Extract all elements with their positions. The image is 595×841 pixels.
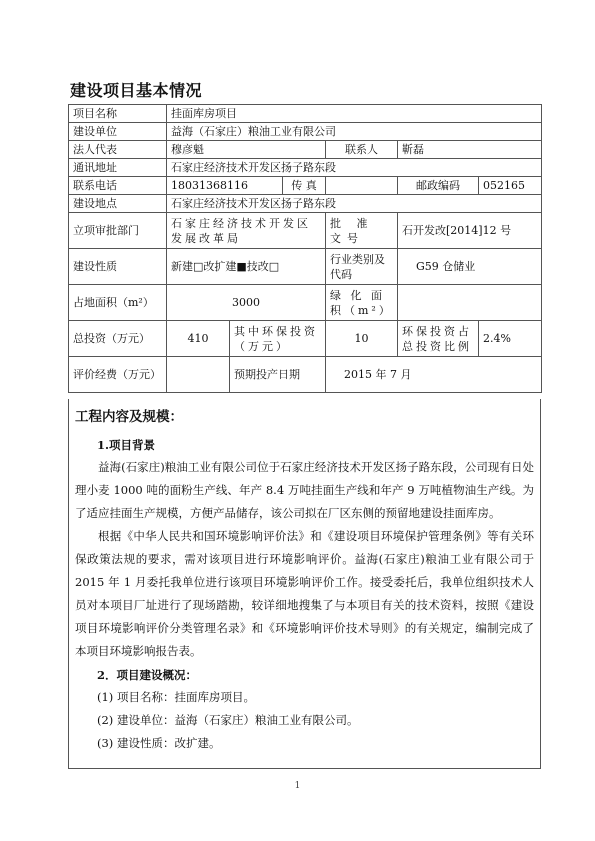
cell-label: 行业类别及代码 xyxy=(326,249,398,285)
cell-value: G59 仓储业 xyxy=(398,249,542,285)
cell-label: 建设单位 xyxy=(69,123,167,141)
table-row: 建设地点 石家庄经济技术开发区扬子路东段 xyxy=(69,195,542,213)
list-item: (3) 建设性质：改扩建。 xyxy=(69,732,540,755)
cell-label: 项目名称 xyxy=(69,105,167,123)
cell-label: 绿 化 面积（m²） xyxy=(326,285,398,321)
section-heading: 工程内容及规模： xyxy=(75,405,540,425)
table-row: 通讯地址 石家庄经济技术开发区扬子路东段 xyxy=(69,159,542,177)
cell-value: 10 xyxy=(326,321,398,357)
table-row: 立项审批部门 石家庄经济技术开发区发展改革局 批 准 文号 石开发改[2014]… xyxy=(69,213,542,249)
cell-label: 预期投产日期 xyxy=(230,357,326,393)
cell-value: 挂面库房项目 xyxy=(167,105,542,123)
paragraph: 益海(石家庄)粮油工业有限公司位于石家庄经济技术开发区扬子路东段，公司现有日处理… xyxy=(69,456,540,525)
table-row: 总投资（万元） 410 其中环保投资（万元） 10 环保投资占总投资比例 2.4… xyxy=(69,321,542,357)
cell-value: 益海（石家庄）粮油工业有限公司 xyxy=(167,123,542,141)
subsection-title: 2．项目建设概况： xyxy=(97,667,540,683)
table-row: 建设单位 益海（石家庄）粮油工业有限公司 xyxy=(69,123,542,141)
cell-value: 穆彦魁 xyxy=(167,141,326,159)
cell-label: 总投资（万元） xyxy=(69,321,167,357)
cell-label: 建设地点 xyxy=(69,195,167,213)
list-item: (2) 建设单位：益海（石家庄）粮油工业有限公司。 xyxy=(69,709,540,732)
cell-value: 石开发改[2014]12 号 xyxy=(398,213,542,249)
cell-value: 2.4% xyxy=(479,321,542,357)
cell-value: 18031368116 xyxy=(167,177,283,195)
cell-value xyxy=(326,177,398,195)
cell-value: 靳磊 xyxy=(398,141,542,159)
cell-label: 评价经费（万元） xyxy=(69,357,167,393)
table-row: 法人代表 穆彦魁 联系人 靳磊 xyxy=(69,141,542,159)
list-item: (1) 项目名称：挂面库房项目。 xyxy=(69,686,540,709)
cell-label: 联系电话 xyxy=(69,177,167,195)
cell-label: 环保投资占总投资比例 xyxy=(398,321,479,357)
cell-label: 立项审批部门 xyxy=(69,213,167,249)
subsection-title: 1.项目背景 xyxy=(97,437,540,453)
table-row: 占地面积（m²） 3000 绿 化 面积（m²） xyxy=(69,285,542,321)
cell-value: 石家庄经济技术开发区发展改革局 xyxy=(167,213,326,249)
paragraph: 根据《中华人民共和国环境影响评价法》和《建设项目环境保护管理条例》等有关环保政策… xyxy=(69,525,540,663)
cell-value: 新建□改扩建■技改□ xyxy=(167,249,326,285)
project-info-table: 项目名称 挂面库房项目 建设单位 益海（石家庄）粮油工业有限公司 法人代表 穆彦… xyxy=(68,104,542,393)
cell-value: 2015 年 7 月 xyxy=(326,357,542,393)
cell-label: 建设性质 xyxy=(69,249,167,285)
table-row: 建设性质 新建□改扩建■技改□ 行业类别及代码 G59 仓储业 xyxy=(69,249,542,285)
cell-label: 传 真 xyxy=(283,177,326,195)
page-number: 1 xyxy=(0,781,595,791)
cell-label: 其中环保投资（万元） xyxy=(230,321,326,357)
cell-label: 批 准 文号 xyxy=(326,213,398,249)
table-row: 项目名称 挂面库房项目 xyxy=(69,105,542,123)
project-content-section: 工程内容及规模： 1.项目背景 益海(石家庄)粮油工业有限公司位于石家庄经济技术… xyxy=(68,399,541,769)
cell-value: 石家庄经济技术开发区扬子路东段 xyxy=(167,159,542,177)
cell-label: 占地面积（m²） xyxy=(69,285,167,321)
cell-value: 石家庄经济技术开发区扬子路东段 xyxy=(167,195,542,213)
cell-label: 联系人 xyxy=(326,141,398,159)
cell-value xyxy=(398,285,542,321)
cell-value xyxy=(167,357,230,393)
table-row: 联系电话 18031368116 传 真 邮政编码 052165 xyxy=(69,177,542,195)
cell-value: 052165 xyxy=(479,177,542,195)
cell-value: 410 xyxy=(167,321,230,357)
cell-label: 通讯地址 xyxy=(69,159,167,177)
table-row: 评价经费（万元） 预期投产日期 2015 年 7 月 xyxy=(69,357,542,393)
page-title: 建设项目基本情况 xyxy=(70,78,202,101)
cell-label: 法人代表 xyxy=(69,141,167,159)
cell-value: 3000 xyxy=(167,285,326,321)
cell-label: 邮政编码 xyxy=(398,177,479,195)
